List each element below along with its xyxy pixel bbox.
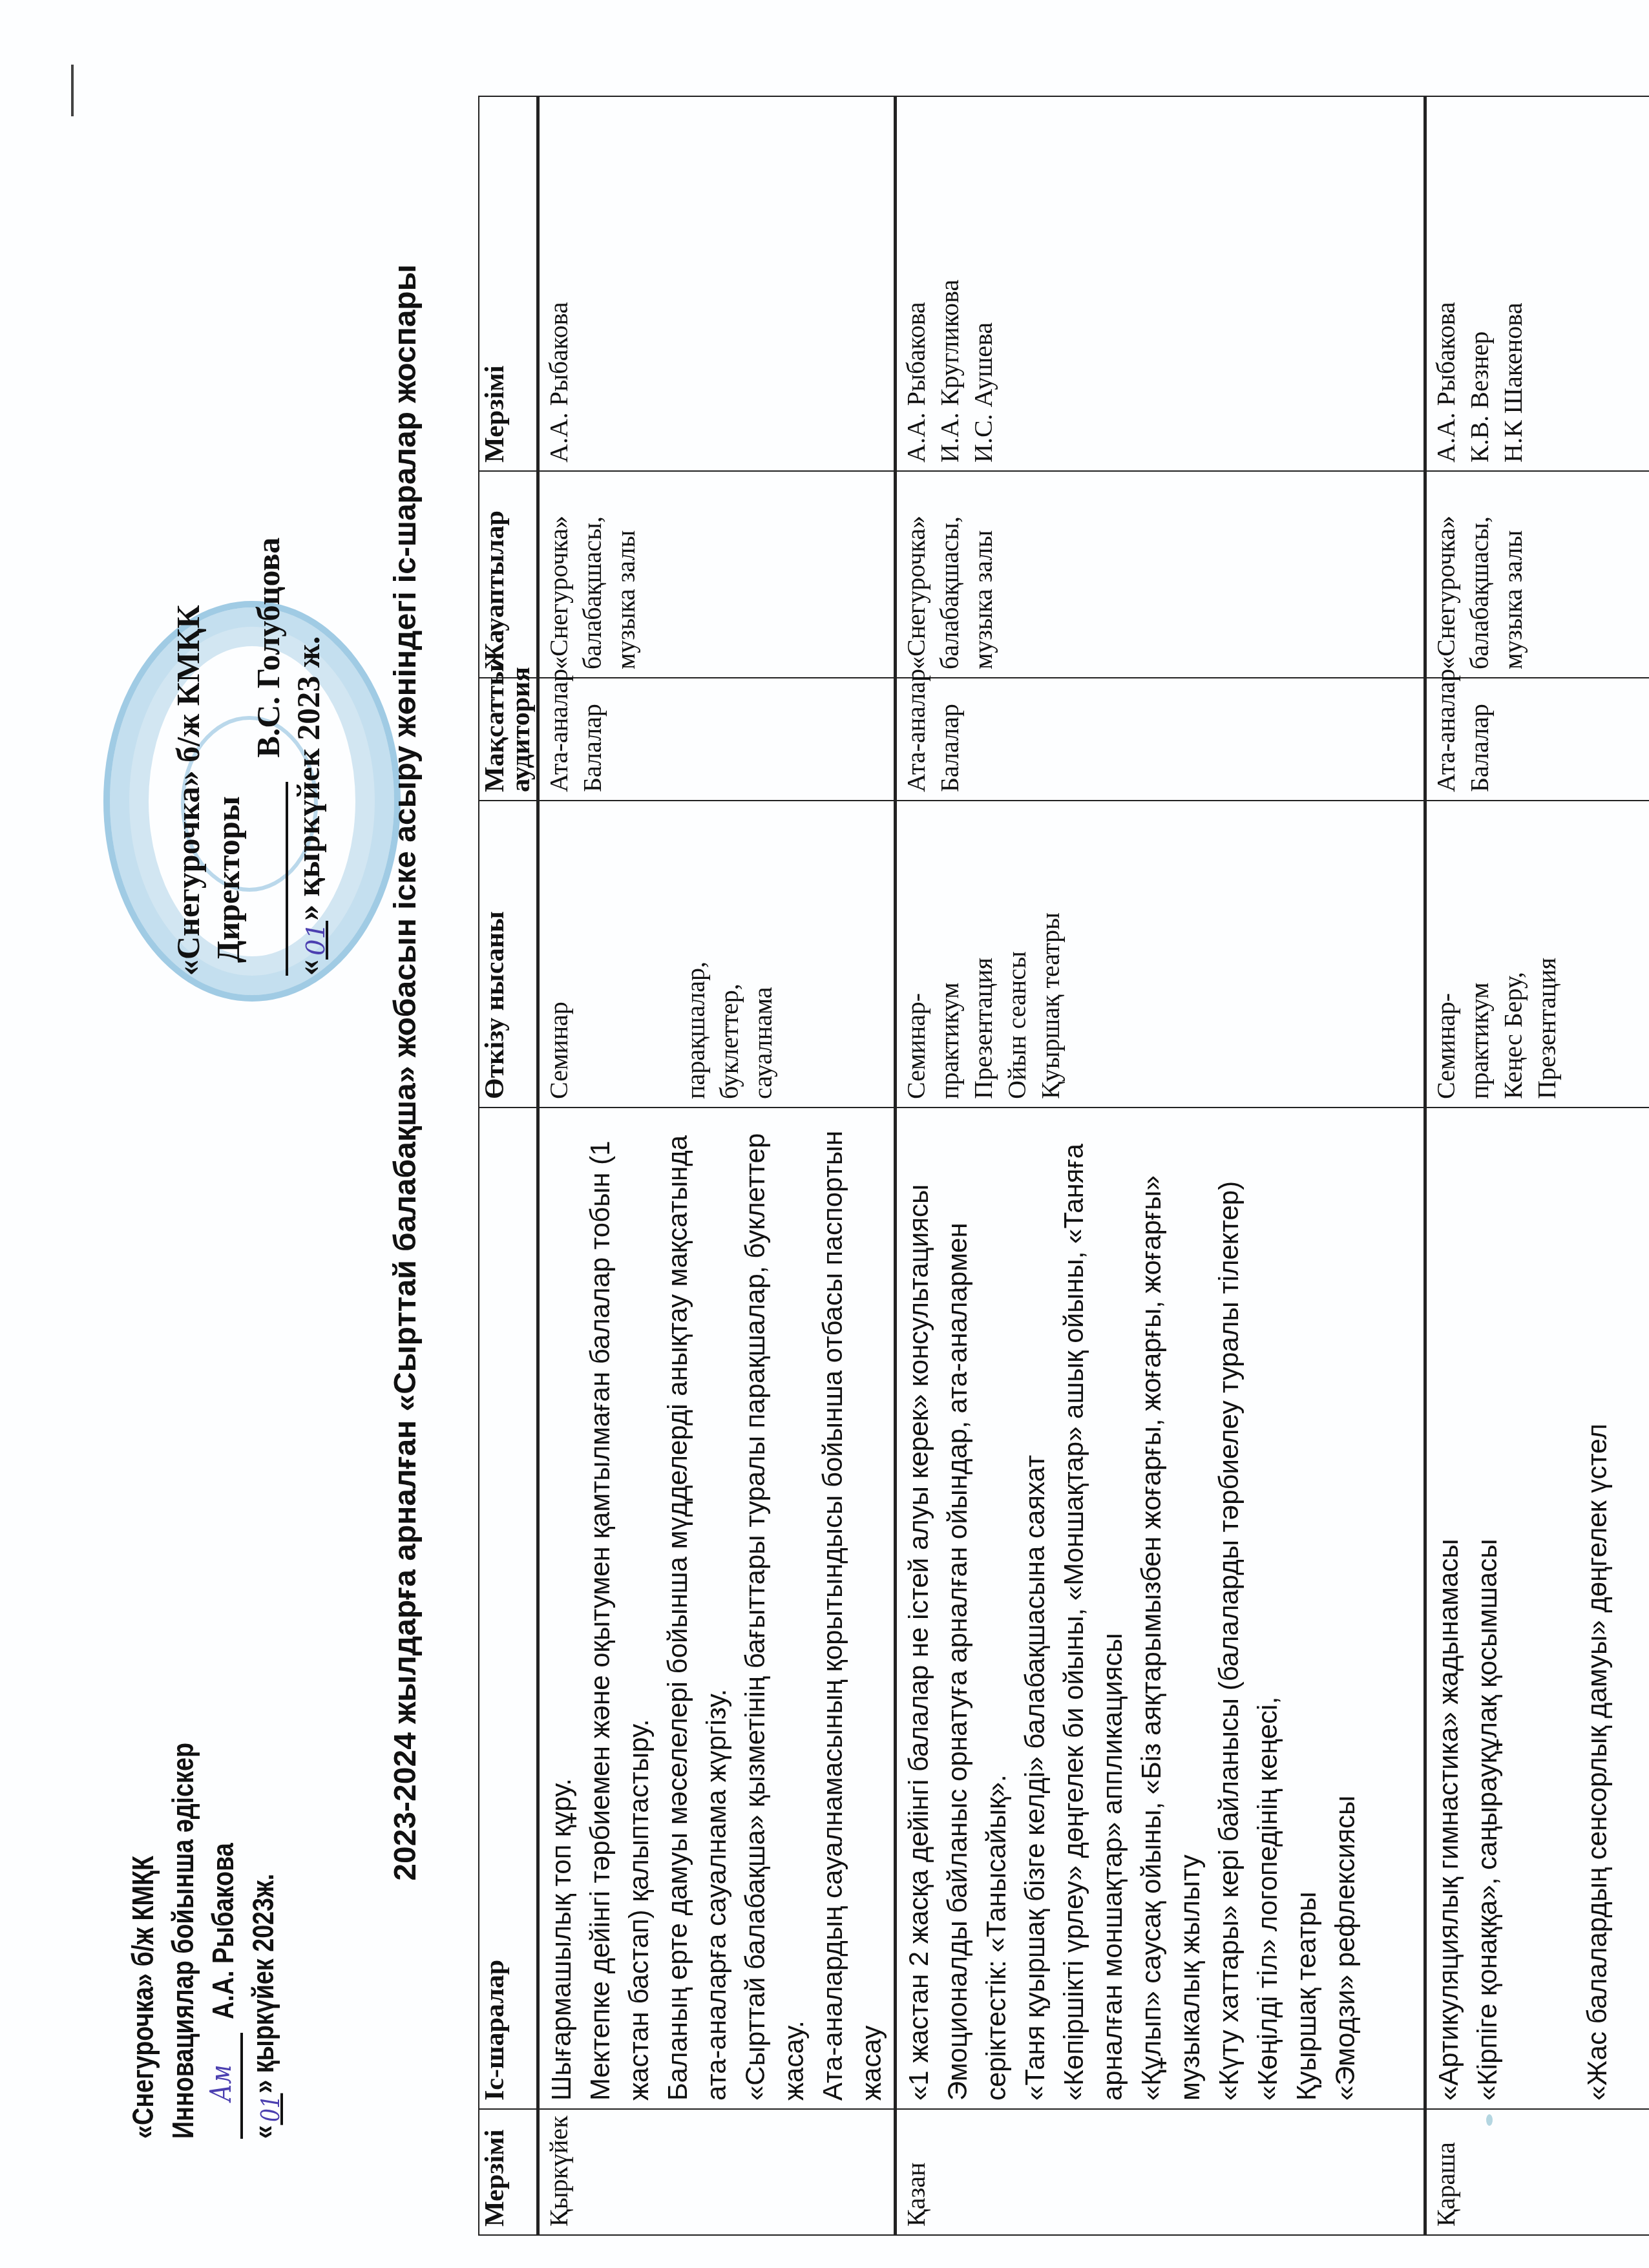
margin-mark: [71, 65, 74, 116]
row-audience: Ата-аналар Балалар: [538, 678, 896, 801]
header-responsible: Жауаптылар: [479, 471, 538, 678]
table-row: Қыркүйек Шығармашылық топ құру. Мектепке…: [538, 96, 896, 2235]
scan-speck: [1486, 2114, 1493, 2126]
left-date: «01» қыркүйек 2023ж.: [243, 1743, 283, 2139]
row-responsible: А.А. Рыбакова К.В. Везнер Н.К Шакенова: [1425, 96, 1649, 471]
document-title: 2023-2024 жылдарға арналған «Сырттай бал…: [388, 200, 423, 1945]
header-period: Мерзімі: [479, 2109, 538, 2235]
director-approval-block: «Снегурочка» б/ж КМҚК Директоры В.С. Гол…: [168, 538, 328, 976]
left-signature-line: Ам А.А. Рыбакова: [203, 1743, 243, 2139]
row-activities: «Артикуляциялық гимнастика» жадынамасы «…: [1425, 1108, 1649, 2109]
right-date-text: » қыркүйек 2023 ж.: [290, 636, 326, 921]
row-forms: Семинар- практикум Презентация Ойын сеан…: [896, 801, 1425, 1108]
document-page: «Снегурочка» б/ж КМҚК Инновациялар бойын…: [0, 0, 1649, 2268]
right-date: «01» қыркүйек 2023 ж.: [288, 538, 328, 976]
signature-underline: [260, 782, 288, 976]
row-forms: Семинар- практикум Кеңес Беру, Презентац…: [1425, 801, 1649, 1108]
row-audience: Ата-аналар Балалар: [896, 678, 1425, 801]
row-period: Қараша: [1425, 2109, 1649, 2235]
left-org: «Снегурочка» б/ж КМҚК: [123, 1743, 163, 2139]
header-deadline: Мерзімі: [479, 96, 538, 471]
methodologist-approval-block: «Снегурочка» б/ж КМҚК Инновациялар бойын…: [123, 1743, 283, 2139]
table-row: Қараша «Артикуляциялық гимнастика» жадын…: [1425, 96, 1649, 2235]
handwritten-day: 01: [296, 923, 336, 956]
row-venue: «Снегурочка» балабақшасы, музыка залы: [896, 471, 1425, 678]
row-period: Қазан: [896, 2109, 1425, 2235]
row-venue: «Снегурочка» балабақшасы, музыка залы: [1425, 471, 1649, 678]
right-org: «Снегурочка» б/ж КМҚК: [168, 538, 208, 976]
table-row: Қазан «1 жастан 2 жасқа дейінгі балалар …: [896, 96, 1425, 2235]
row-responsible: А.А. Рыбакова: [538, 96, 896, 471]
handwritten-signature: Ам: [202, 2064, 242, 2101]
signature-underline: Ам: [215, 2033, 243, 2139]
row-period: Қыркүйек: [538, 2109, 896, 2235]
header-form: Өткізу нысаны: [479, 801, 538, 1108]
table-header-row: Мерзімі Іс-шаралар Өткізу нысаны Мақсатт…: [479, 96, 538, 2235]
right-position: Директоры: [208, 538, 248, 976]
left-position: Инновациялар бойынша әдіскер: [163, 1743, 203, 2139]
right-signature-name: В.С. Голубцова: [250, 538, 286, 758]
row-activities: Шығармашылық топ құру. Мектепке дейінгі …: [538, 1108, 896, 2109]
header-activities: Іс-шаралар: [479, 1108, 538, 2109]
left-signature-name: А.А. Рыбакова: [206, 1843, 240, 2019]
row-forms: Семинар парақшалар, буклеттер, сауалнама: [538, 801, 896, 1108]
activity-plan-table: Мерзімі Іс-шаралар Өткізу нысаны Мақсатт…: [478, 96, 1649, 2236]
row-audience: Ата-аналар Балалар: [1425, 678, 1649, 801]
row-activities: «1 жастан 2 жасқа дейінгі балалар не іст…: [896, 1108, 1425, 2109]
left-date-text: » қыркүйек 2023ж.: [246, 1874, 280, 2094]
date-day-underline: 01: [255, 2094, 283, 2125]
row-venue: «Снегурочка» балабақшасы, музыка залы: [538, 471, 896, 678]
right-signature-line: В.С. Голубцова: [248, 538, 288, 976]
row-responsible: А.А. Рыбакова И.А. Кругликова И.С. Аушев…: [896, 96, 1425, 471]
header-audience: Мақсатты аудитория: [479, 678, 538, 801]
handwritten-day: 01: [251, 2095, 291, 2122]
date-day-underline: 01: [300, 921, 328, 960]
